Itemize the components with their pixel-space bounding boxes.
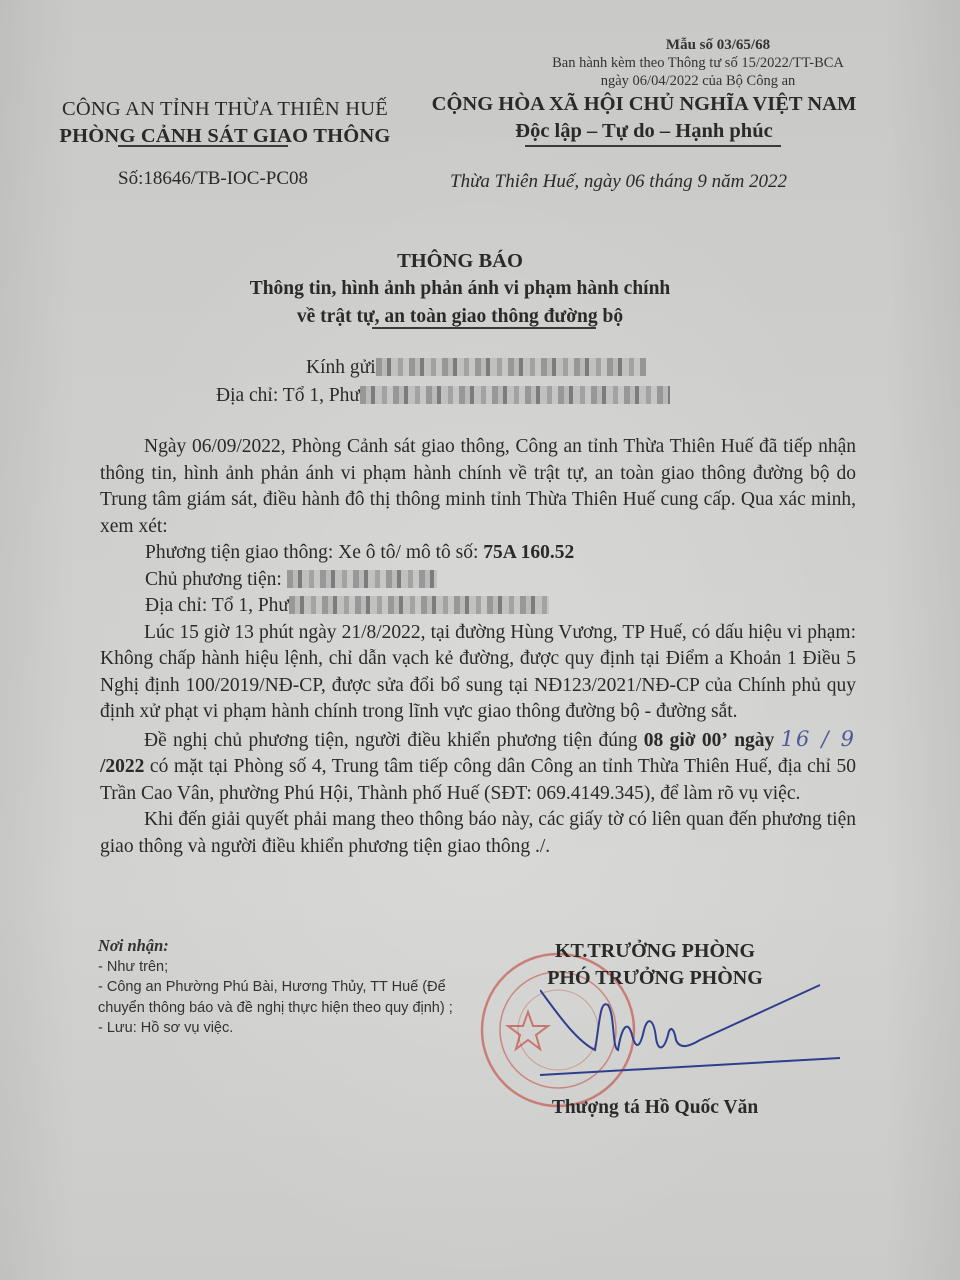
recipient-address-label: Địa chỉ: Tổ 1, Phư: [216, 385, 360, 406]
closing-paragraph: Khi đến giải quyết phải mang theo thông …: [100, 807, 856, 860]
violation-paragraph: Lúc 15 giờ 13 phút ngày 21/8/2022, tại đ…: [100, 620, 856, 726]
notice-body: Ngày 06/09/2022, Phòng Cảnh sát giao thô…: [100, 434, 856, 860]
handwritten-signature-icon: [540, 980, 840, 1080]
appointment-year: /2022: [100, 756, 144, 777]
signature-authority: KT.TRƯỞNG PHÒNG: [510, 938, 800, 965]
appointment-time: 08 giờ 00’: [644, 730, 728, 751]
recipients-heading: Nơi nhận:: [98, 936, 458, 957]
notice-title: THÔNG BÁO Thông tin, hình ảnh phản ánh v…: [180, 247, 740, 331]
title-subtitle-1: Thông tin, hình ảnh phản ánh vi phạm hàn…: [180, 275, 740, 303]
recipients-item: - Như trên;: [98, 957, 458, 978]
nation-name: CỘNG HÒA XÃ HỘI CHỦ NGHĨA VIỆT NAM: [418, 91, 870, 118]
owner-address-label: Địa chỉ: Tổ 1, Phư: [145, 595, 289, 616]
form-code: Mẫu số 03/65/68: [528, 36, 868, 54]
redacted-owner-address: [289, 596, 549, 614]
national-motto: Độc lập – Tự do – Hạnh phúc: [418, 118, 870, 145]
national-heading: CỘNG HÒA XÃ HỘI CHỦ NGHĨA VIỆT NAM Độc l…: [418, 91, 870, 145]
recipients-list: Nơi nhận: - Như trên; - Công an Phường P…: [98, 936, 458, 1039]
owner-line: Chủ phương tiện:: [100, 567, 856, 594]
recipients-item: - Công an Phường Phú Bài, Hương Thủy, TT…: [98, 977, 458, 1018]
form-issued-date: ngày 06/04/2022 của Bộ Công an: [528, 72, 868, 90]
title-underline: [372, 327, 596, 329]
request-location-text: có mặt tại Phòng số 4, Trung tâm tiếp cô…: [100, 756, 856, 804]
vehicle-plate: 75A 160.52: [483, 542, 574, 563]
recipient-to-label: Kính gửi: [306, 357, 376, 378]
redacted-owner-name: [287, 570, 437, 588]
owner-label: Chủ phương tiện:: [145, 569, 287, 590]
recipient-address: Địa chỉ: Tổ 1, Phư: [216, 382, 670, 410]
appointment-day-label: ngày: [734, 730, 774, 751]
place-date: Thừa Thiên Huế, ngày 06 tháng 9 năm 2022: [450, 171, 787, 193]
recipient-to: Kính gửi: [306, 354, 646, 382]
issuing-agency: CÔNG AN TỈNH THỪA THIÊN HUẾ PHÒNG CẢNH S…: [55, 96, 395, 150]
redacted-recipient-name: [376, 358, 646, 376]
title-main: THÔNG BÁO: [180, 247, 740, 275]
handwritten-date: 16 / 9: [781, 727, 856, 751]
motto-underline: [525, 145, 781, 147]
redacted-recipient-address: [360, 386, 670, 404]
vehicle-line: Phương tiện giao thông: Xe ô tô/ mô tô s…: [100, 540, 856, 567]
owner-address-line: Địa chỉ: Tổ 1, Phư: [100, 593, 856, 620]
request-paragraph: Đề nghị chủ phương tiện, người điều khiể…: [100, 726, 856, 808]
request-text: Đề nghị chủ phương tiện, người điều khiể…: [144, 730, 644, 751]
signer-name: Thượng tá Hồ Quốc Văn: [510, 1097, 800, 1119]
agency-underline: [118, 145, 288, 147]
form-issued-line: Ban hành kèm theo Thông tư số 15/2022/TT…: [528, 54, 868, 72]
agency-name: CÔNG AN TỈNH THỪA THIÊN HUẾ: [55, 96, 395, 123]
document-number: Số:18646/TB-IOC-PC08: [118, 168, 308, 190]
body-paragraph-intro: Ngày 06/09/2022, Phòng Cảnh sát giao thô…: [100, 434, 856, 540]
vehicle-label: Phương tiện giao thông: Xe ô tô/ mô tô s…: [145, 542, 483, 563]
recipients-item: - Lưu: Hồ sơ vụ việc.: [98, 1018, 458, 1039]
form-reference: Mẫu số 03/65/68 Ban hành kèm theo Thông …: [528, 36, 868, 90]
